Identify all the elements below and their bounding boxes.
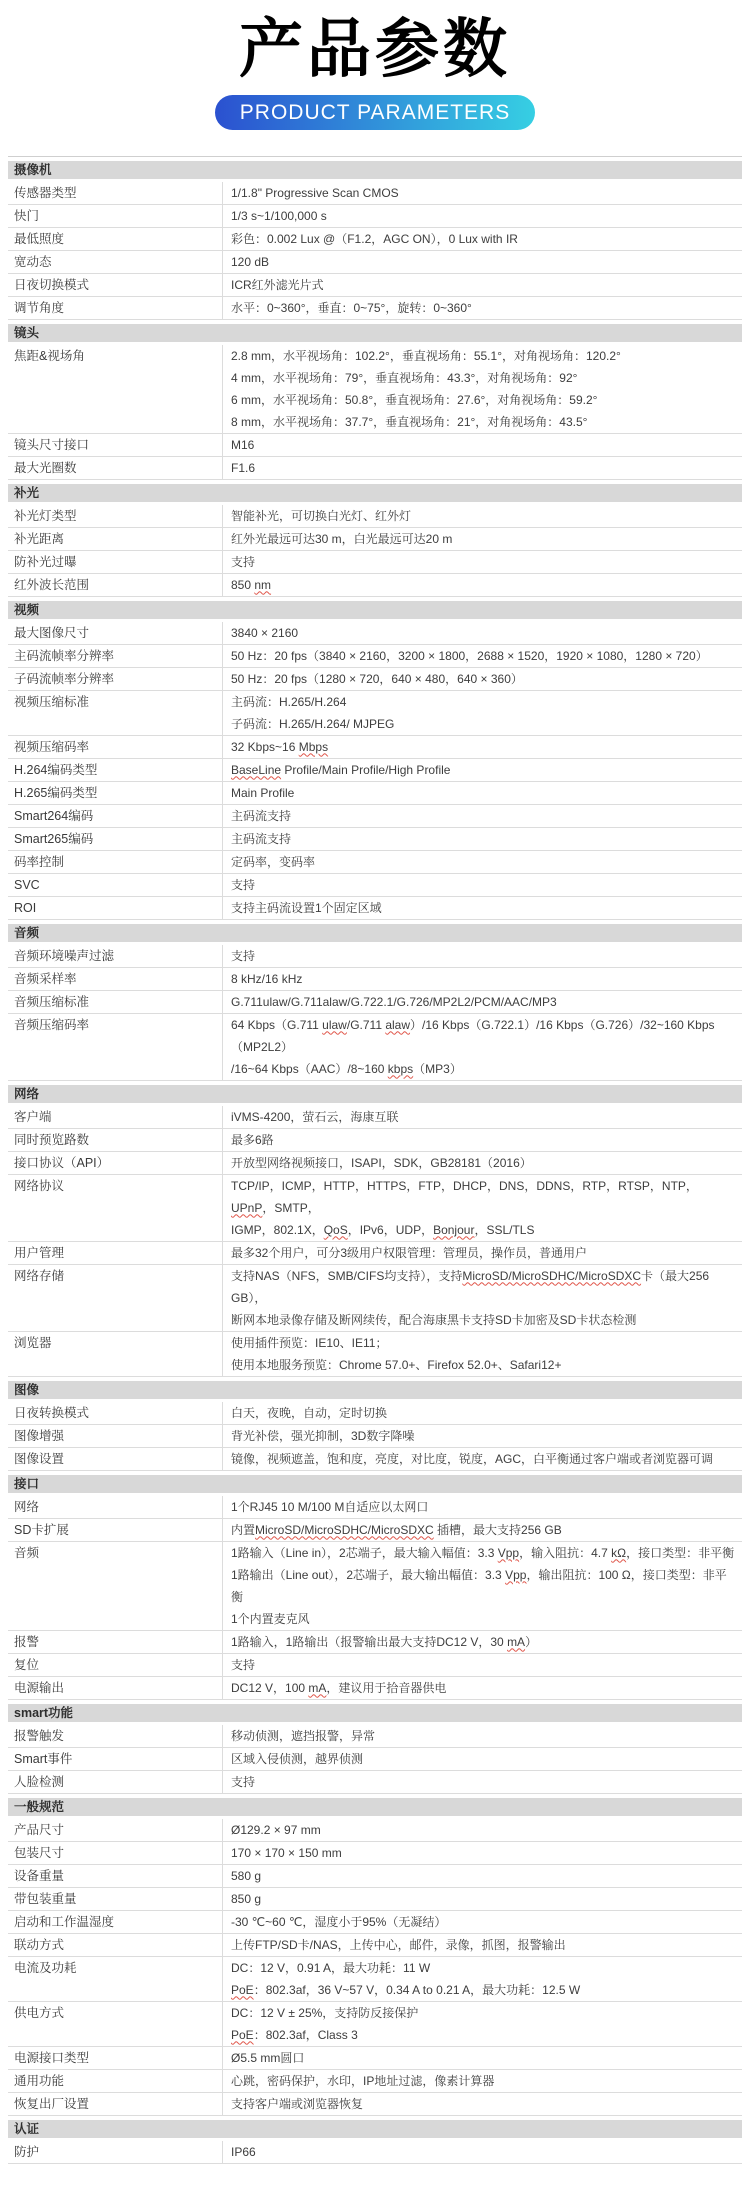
spec-value-line: 170 × 170 × 150 mm bbox=[231, 1842, 738, 1864]
spec-row-label: Smart265编码 bbox=[8, 828, 223, 850]
spec-value-line: 彩色：0.002 Lux @（F1.2，AGC ON），0 Lux with I… bbox=[231, 228, 738, 250]
spec-value-line: 120 dB bbox=[231, 251, 738, 273]
spec-value-line: 心跳，密码保护，水印，IP地址过滤，像素计算器 bbox=[231, 2070, 738, 2092]
spec-value-line: 支持NAS（NFS，SMB/CIFS均支持），支持MicroSD/MicroSD… bbox=[231, 1265, 738, 1309]
spec-value-line: BaseLine Profile/Main Profile/High Profi… bbox=[231, 759, 738, 781]
spec-row-value: 定码率，变码率 bbox=[223, 851, 742, 873]
spec-row-value: TCP/IP，ICMP，HTTP，HTTPS，FTP，DHCP，DNS，DDNS… bbox=[223, 1175, 742, 1241]
spec-value-line: 主码流：H.265/H.264 bbox=[231, 691, 738, 713]
spec-row-label: 报警 bbox=[8, 1631, 223, 1653]
spec-row-label: 电流及功耗 bbox=[8, 1957, 223, 2001]
spec-row-value: 1/3 s~1/100,000 s bbox=[223, 205, 742, 227]
spec-value-line: 支持客户端或浏览器恢复 bbox=[231, 2093, 738, 2115]
spec-row-label: 带包装重量 bbox=[8, 1888, 223, 1910]
spec-row-label: H.264编码类型 bbox=[8, 759, 223, 781]
spec-row-value: 智能补光，可切换白光灯、红外灯 bbox=[223, 505, 742, 527]
spec-value-line: 上传FTP/SD卡/NAS，上传中心，邮件，录像，抓图，报警输出 bbox=[231, 1934, 738, 1956]
spellcheck-word: MicroSD/MicroSDHC/MicroSDXC bbox=[462, 1269, 641, 1283]
spec-row-value: IP66 bbox=[223, 2141, 742, 2163]
spec-row-label: H.265编码类型 bbox=[8, 782, 223, 804]
spec-value-line: 1个RJ45 10 M/100 M自适应以太网口 bbox=[231, 1496, 738, 1518]
spec-row-value: -30 ℃~60 ℃，湿度小于95%（无凝结） bbox=[223, 1911, 742, 1933]
spec-row-value: 主码流支持 bbox=[223, 828, 742, 850]
spec-row-value: DC12 V，100 mA，建议用于拾音器供电 bbox=[223, 1677, 742, 1699]
spec-value-line: 支持 bbox=[231, 1771, 738, 1793]
spec-row-value: 内置MicroSD/MicroSDHC/MicroSDXC 插槽，最大支持256… bbox=[223, 1519, 742, 1541]
spec-row-label: 同时预览路数 bbox=[8, 1129, 223, 1151]
spec-row: 设备重量580 g bbox=[8, 1865, 742, 1888]
spec-row-label: 电源接口类型 bbox=[8, 2047, 223, 2069]
spec-row: 接口协议（API）开放型网络视频接口，ISAPI，SDK，GB28181（201… bbox=[8, 1152, 742, 1175]
spec-value-line: 水平：0~360°，垂直：0~75°，旋转：0~360° bbox=[231, 297, 738, 319]
spec-row: 防护IP66 bbox=[8, 2141, 742, 2164]
spec-row-label: 子码流帧率分辨率 bbox=[8, 668, 223, 690]
spec-value-line: 32 Kbps~16 Mbps bbox=[231, 736, 738, 758]
spec-value-line: -30 ℃~60 ℃，湿度小于95%（无凝结） bbox=[231, 1911, 738, 1933]
spec-row-label: 包装尺寸 bbox=[8, 1842, 223, 1864]
spec-row-label: 快门 bbox=[8, 205, 223, 227]
spec-row-value: 支持 bbox=[223, 1771, 742, 1793]
spec-row-label: 日夜切换模式 bbox=[8, 274, 223, 296]
spec-row: Smart264编码主码流支持 bbox=[8, 805, 742, 828]
spec-value-line: 850 nm bbox=[231, 574, 738, 596]
spec-row-label: 镜头尺寸接口 bbox=[8, 434, 223, 456]
spec-row: 浏览器使用插件预览：IE10、IE11；使用本地服务预览：Chrome 57.0… bbox=[8, 1332, 742, 1377]
spec-table: 摄像机传感器类型1/1.8" Progressive Scan CMOS快门1/… bbox=[8, 156, 742, 2164]
spec-value-line: 智能补光，可切换白光灯、红外灯 bbox=[231, 505, 738, 527]
spellcheck-word: alaw bbox=[385, 1018, 410, 1032]
spec-row-label: 图像增强 bbox=[8, 1425, 223, 1447]
spec-row-value: F1.6 bbox=[223, 457, 742, 479]
spec-row-value: 50 Hz：20 fps（3840 × 2160，3200 × 1800，268… bbox=[223, 645, 742, 667]
spec-value-line: F1.6 bbox=[231, 457, 738, 479]
spec-value-line: 1路输入，1路输出（报警输出最大支持DC12 V，30 mA） bbox=[231, 1631, 738, 1653]
spec-value-line: DC：12 V，0.91 A，最大功耗：11 W bbox=[231, 1957, 738, 1979]
spec-row-value: 850 g bbox=[223, 1888, 742, 1910]
spec-row: 传感器类型1/1.8" Progressive Scan CMOS bbox=[8, 182, 742, 205]
spec-row: 报警触发移动侦测，遮挡报警，异常 bbox=[8, 1725, 742, 1748]
spec-row-label: 音频压缩标准 bbox=[8, 991, 223, 1013]
subtitle-badge-wrap: PRODUCT PARAMETERS bbox=[0, 95, 750, 130]
spec-row: 报警1路输入，1路输出（报警输出最大支持DC12 V，30 mA） bbox=[8, 1631, 742, 1654]
spec-value-line: 区域入侵侦测，越界侦测 bbox=[231, 1748, 738, 1770]
spec-row: 码率控制定码率，变码率 bbox=[8, 851, 742, 874]
spec-row: 补光灯类型智能补光，可切换白光灯、红外灯 bbox=[8, 505, 742, 528]
spec-value-line: 3840 × 2160 bbox=[231, 622, 738, 644]
spellcheck-word: kbps bbox=[388, 1062, 413, 1076]
spec-value-line: DC12 V，100 mA，建议用于拾音器供电 bbox=[231, 1677, 738, 1699]
spec-row-label: 视频压缩标准 bbox=[8, 691, 223, 735]
spec-value-line: 支持主码流设置1个固定区域 bbox=[231, 897, 738, 919]
section-header: 认证 bbox=[8, 2120, 742, 2138]
spec-value-line: /16~64 Kbps（AAC）/8~160 kbps（MP3） bbox=[231, 1058, 738, 1080]
spec-row-label: 音频环境噪声过滤 bbox=[8, 945, 223, 967]
spec-value-line: 镜像，视频遮盖，饱和度，亮度，对比度，锐度，AGC，白平衡通过客户端或者浏览器可… bbox=[231, 1448, 738, 1470]
spec-row-value: 红外光最远可达30 m，白光最远可达20 m bbox=[223, 528, 742, 550]
spec-value-line: 1/1.8" Progressive Scan CMOS bbox=[231, 182, 738, 204]
spec-value-line: 4 mm，水平视场角：79°，垂直视场角：43.3°，对角视场角：92° bbox=[231, 367, 738, 389]
spellcheck-word: kΩ bbox=[611, 1546, 626, 1560]
spec-row-value: 支持主码流设置1个固定区域 bbox=[223, 897, 742, 919]
spec-row-value: 上传FTP/SD卡/NAS，上传中心，邮件，录像，抓图，报警输出 bbox=[223, 1934, 742, 1956]
spec-row: 电流及功耗DC：12 V，0.91 A，最大功耗：11 WPoE：802.3af… bbox=[8, 1957, 742, 2002]
spec-row-label: 调节角度 bbox=[8, 297, 223, 319]
spec-row: 补光距离红外光最远可达30 m，白光最远可达20 m bbox=[8, 528, 742, 551]
spec-row-label: 联动方式 bbox=[8, 1934, 223, 1956]
spec-value-line: 支持 bbox=[231, 945, 738, 967]
spec-row: 宽动态120 dB bbox=[8, 251, 742, 274]
spec-row-label: 复位 bbox=[8, 1654, 223, 1676]
spec-value-line: 50 Hz：20 fps（1280 × 720，640 × 480，640 × … bbox=[231, 668, 738, 690]
spec-row: 音频采样率8 kHz/16 kHz bbox=[8, 968, 742, 991]
spec-value-line: 内置MicroSD/MicroSDHC/MicroSDXC 插槽，最大支持256… bbox=[231, 1519, 738, 1541]
spec-row-label: 设备重量 bbox=[8, 1865, 223, 1887]
spec-value-line: 2.8 mm，水平视场角：102.2°，垂直视场角：55.1°，对角视场角：12… bbox=[231, 345, 738, 367]
spec-row: 网络1个RJ45 10 M/100 M自适应以太网口 bbox=[8, 1496, 742, 1519]
spellcheck-word: QoS bbox=[324, 1223, 348, 1237]
section-header: 一般规范 bbox=[8, 1798, 742, 1816]
spec-row: 联动方式上传FTP/SD卡/NAS，上传中心，邮件，录像，抓图，报警输出 bbox=[8, 1934, 742, 1957]
spec-row-label: 恢复出厂设置 bbox=[8, 2093, 223, 2115]
spec-value-line: DC：12 V ± 25%，支持防反接保护 bbox=[231, 2002, 738, 2024]
spec-row-value: Main Profile bbox=[223, 782, 742, 804]
spec-value-line: 50 Hz：20 fps（3840 × 2160，3200 × 1800，268… bbox=[231, 645, 738, 667]
spec-row-label: 图像设置 bbox=[8, 1448, 223, 1470]
spec-value-line: 定码率，变码率 bbox=[231, 851, 738, 873]
spec-row-value: 50 Hz：20 fps（1280 × 720，640 × 480，640 × … bbox=[223, 668, 742, 690]
spec-row-value: 1路输入，1路输出（报警输出最大支持DC12 V，30 mA） bbox=[223, 1631, 742, 1653]
spec-value-line: 子码流：H.265/H.264/ MJPEG bbox=[231, 713, 738, 735]
section-header: 补光 bbox=[8, 484, 742, 502]
spec-value-line: 主码流支持 bbox=[231, 805, 738, 827]
spec-value-line: Main Profile bbox=[231, 782, 738, 804]
spellcheck-word: mA bbox=[507, 1635, 525, 1649]
section-header: 镜头 bbox=[8, 324, 742, 342]
spec-value-line: 红外光最远可达30 m，白光最远可达20 m bbox=[231, 528, 738, 550]
spec-row-value: 8 kHz/16 kHz bbox=[223, 968, 742, 990]
spec-row-label: 通用功能 bbox=[8, 2070, 223, 2092]
spec-value-line: 主码流支持 bbox=[231, 828, 738, 850]
page-header: 产品参数 PRODUCT PARAMETERS bbox=[0, 0, 750, 130]
spec-row-value: DC：12 V ± 25%，支持防反接保护PoE：802.3af，Class 3 bbox=[223, 2002, 742, 2046]
spec-value-line: 支持 bbox=[231, 1654, 738, 1676]
spec-row: 通用功能心跳，密码保护，水印，IP地址过滤，像素计算器 bbox=[8, 2070, 742, 2093]
spec-row: 音频1路输入（Line in），2芯端子，最大输入幅值：3.3 Vpp，输入阻抗… bbox=[8, 1542, 742, 1631]
spec-row-label: Smart264编码 bbox=[8, 805, 223, 827]
spellcheck-word: BaseLine bbox=[231, 763, 281, 777]
spec-row-label: 供电方式 bbox=[8, 2002, 223, 2046]
spec-row-label: 音频压缩码率 bbox=[8, 1014, 223, 1080]
spec-row: 视频压缩码率32 Kbps~16 Mbps bbox=[8, 736, 742, 759]
spellcheck-word: Vpp bbox=[498, 1546, 519, 1560]
spec-row-value: 水平：0~360°，垂直：0~75°，旋转：0~360° bbox=[223, 297, 742, 319]
spec-row: ROI支持主码流设置1个固定区域 bbox=[8, 897, 742, 920]
spec-row-value: 580 g bbox=[223, 1865, 742, 1887]
spec-row-value: 心跳，密码保护，水印，IP地址过滤，像素计算器 bbox=[223, 2070, 742, 2092]
spec-row-label: 浏览器 bbox=[8, 1332, 223, 1376]
page-title: 产品参数 bbox=[0, 14, 750, 86]
spec-value-line: 1个内置麦克风 bbox=[231, 1608, 738, 1630]
spec-row: 带包装重量850 g bbox=[8, 1888, 742, 1911]
spec-row: Smart265编码主码流支持 bbox=[8, 828, 742, 851]
spec-value-line: 850 g bbox=[231, 1888, 738, 1910]
spec-row: 产品尺寸Ø129.2 × 97 mm bbox=[8, 1819, 742, 1842]
spec-row-value: 最多32个用户，可分3级用户权限管理：管理员，操作员，普通用户 bbox=[223, 1242, 742, 1264]
spec-row-value: BaseLine Profile/Main Profile/High Profi… bbox=[223, 759, 742, 781]
spec-row: 同时预览路数最多6路 bbox=[8, 1129, 742, 1152]
spec-row-value: 移动侦测，遮挡报警，异常 bbox=[223, 1725, 742, 1747]
spec-row-label: Smart事件 bbox=[8, 1748, 223, 1770]
spec-row-label: 补光距离 bbox=[8, 528, 223, 550]
spec-row-label: 红外波长范围 bbox=[8, 574, 223, 596]
spec-value-line: PoE：802.3af，36 V~57 V，0.34 A to 0.21 A，最… bbox=[231, 1979, 738, 2001]
spec-row-label: 最大图像尺寸 bbox=[8, 622, 223, 644]
spec-row-label: 传感器类型 bbox=[8, 182, 223, 204]
spec-value-line: 使用插件预览：IE10、IE11； bbox=[231, 1332, 738, 1354]
spec-row: 图像设置镜像，视频遮盖，饱和度，亮度，对比度，锐度，AGC，白平衡通过客户端或者… bbox=[8, 1448, 742, 1471]
spec-row-value: 120 dB bbox=[223, 251, 742, 273]
spec-row: 复位支持 bbox=[8, 1654, 742, 1677]
spec-row: H.265编码类型Main Profile bbox=[8, 782, 742, 805]
spec-row-label: 启动和工作温湿度 bbox=[8, 1911, 223, 1933]
spec-value-line: 1路输入（Line in），2芯端子，最大输入幅值：3.3 Vpp，输入阻抗：4… bbox=[231, 1542, 738, 1564]
spec-row-label: 音频 bbox=[8, 1542, 223, 1630]
spec-value-line: 1路输出（Line out），2芯端子，最大输出幅值：3.3 Vpp，输出阻抗：… bbox=[231, 1564, 738, 1608]
spellcheck-word: PoE bbox=[231, 2028, 254, 2042]
spec-row-value: ICR红外滤光片式 bbox=[223, 274, 742, 296]
spec-row-label: 接口协议（API） bbox=[8, 1152, 223, 1174]
spec-row: 网络协议TCP/IP，ICMP，HTTP，HTTPS，FTP，DHCP，DNS，… bbox=[8, 1175, 742, 1242]
spec-row: SVC支持 bbox=[8, 874, 742, 897]
spec-row-label: 补光灯类型 bbox=[8, 505, 223, 527]
spec-row-value: 支持NAS（NFS，SMB/CIFS均支持），支持MicroSD/MicroSD… bbox=[223, 1265, 742, 1331]
spec-row-value: 64 Kbps（G.711 ulaw/G.711 alaw）/16 Kbps（G… bbox=[223, 1014, 742, 1080]
spec-row-value: 2.8 mm，水平视场角：102.2°，垂直视场角：55.1°，对角视场角：12… bbox=[223, 345, 742, 433]
subtitle-badge: PRODUCT PARAMETERS bbox=[215, 95, 535, 130]
spec-row-value: iVMS-4200，萤石云，海康互联 bbox=[223, 1106, 742, 1128]
product-parameters-page: 产品参数 PRODUCT PARAMETERS 摄像机传感器类型1/1.8" P… bbox=[0, 0, 750, 2200]
spec-row: 启动和工作温湿度-30 ℃~60 ℃，湿度小于95%（无凝结） bbox=[8, 1911, 742, 1934]
spec-row-label: 网络存储 bbox=[8, 1265, 223, 1331]
spec-row-value: 使用插件预览：IE10、IE11；使用本地服务预览：Chrome 57.0+、F… bbox=[223, 1332, 742, 1376]
spec-value-line: 最多6路 bbox=[231, 1129, 738, 1151]
spec-row: 日夜转换模式白天，夜晚，自动，定时切换 bbox=[8, 1402, 742, 1425]
spec-row-label: 主码流帧率分辨率 bbox=[8, 645, 223, 667]
spec-row-value: 1/1.8" Progressive Scan CMOS bbox=[223, 182, 742, 204]
spec-value-line: iVMS-4200，萤石云，海康互联 bbox=[231, 1106, 738, 1128]
spec-row-label: 人脸检测 bbox=[8, 1771, 223, 1793]
spec-row: 包装尺寸170 × 170 × 150 mm bbox=[8, 1842, 742, 1865]
spec-value-line: 支持 bbox=[231, 551, 738, 573]
spec-row-value: 支持 bbox=[223, 1654, 742, 1676]
spec-row-label: 产品尺寸 bbox=[8, 1819, 223, 1841]
spec-row-value: 支持 bbox=[223, 551, 742, 573]
spec-row: SD卡扩展内置MicroSD/MicroSDHC/MicroSDXC 插槽，最大… bbox=[8, 1519, 742, 1542]
spec-row: 人脸检测支持 bbox=[8, 1771, 742, 1794]
spec-row-label: ROI bbox=[8, 897, 223, 919]
spec-row: 红外波长范围850 nm bbox=[8, 574, 742, 597]
spec-row-value: 镜像，视频遮盖，饱和度，亮度，对比度，锐度，AGC，白平衡通过客户端或者浏览器可… bbox=[223, 1448, 742, 1470]
spec-value-line: IGMP，802.1X，QoS，IPv6，UDP，Bonjour，SSL/TLS bbox=[231, 1219, 738, 1241]
spec-row-label: 宽动态 bbox=[8, 251, 223, 273]
spec-row-value: Ø129.2 × 97 mm bbox=[223, 1819, 742, 1841]
spec-value-line: 6 mm，水平视场角：50.8°，垂直视场角：27.6°，对角视场角：59.2° bbox=[231, 389, 738, 411]
spec-row-label: 客户端 bbox=[8, 1106, 223, 1128]
spec-row: 用户管理最多32个用户，可分3级用户权限管理：管理员，操作员，普通用户 bbox=[8, 1242, 742, 1265]
spec-value-line: 8 kHz/16 kHz bbox=[231, 968, 738, 990]
spec-row: 音频压缩码率64 Kbps（G.711 ulaw/G.711 alaw）/16 … bbox=[8, 1014, 742, 1081]
section-header: smart功能 bbox=[8, 1704, 742, 1722]
spec-row-value: 主码流：H.265/H.264子码流：H.265/H.264/ MJPEG bbox=[223, 691, 742, 735]
spec-value-line: Ø129.2 × 97 mm bbox=[231, 1819, 738, 1841]
spellcheck-word: ulaw bbox=[322, 1018, 347, 1032]
spec-row-value: 850 nm bbox=[223, 574, 742, 596]
spec-row: 视频压缩标准主码流：H.265/H.264子码流：H.265/H.264/ MJ… bbox=[8, 691, 742, 736]
section-header: 图像 bbox=[8, 1381, 742, 1399]
spec-row-label: 报警触发 bbox=[8, 1725, 223, 1747]
spec-value-line: 580 g bbox=[231, 1865, 738, 1887]
spec-row: 恢复出厂设置支持客户端或浏览器恢复 bbox=[8, 2093, 742, 2116]
spec-row: 网络存储支持NAS（NFS，SMB/CIFS均支持），支持MicroSD/Mic… bbox=[8, 1265, 742, 1332]
spec-row: 电源输出DC12 V，100 mA，建议用于拾音器供电 bbox=[8, 1677, 742, 1700]
spec-row: Smart事件区域入侵侦测，越界侦测 bbox=[8, 1748, 742, 1771]
spec-row: 客户端iVMS-4200，萤石云，海康互联 bbox=[8, 1106, 742, 1129]
spec-row-label: 用户管理 bbox=[8, 1242, 223, 1264]
spec-row-label: 码率控制 bbox=[8, 851, 223, 873]
spec-value-line: G.711ulaw/G.711alaw/G.722.1/G.726/MP2L2/… bbox=[231, 991, 738, 1013]
spec-value-line: 白天，夜晚，自动，定时切换 bbox=[231, 1402, 738, 1424]
spec-row-label: 焦距&视场角 bbox=[8, 345, 223, 433]
spellcheck-word: Bonjour bbox=[433, 1223, 474, 1237]
spec-row-value: 支持 bbox=[223, 874, 742, 896]
section-header: 网络 bbox=[8, 1085, 742, 1103]
spec-row-value: 开放型网络视频接口，ISAPI，SDK，GB28181（2016） bbox=[223, 1152, 742, 1174]
spec-value-line: 移动侦测，遮挡报警，异常 bbox=[231, 1725, 738, 1747]
spec-row-label: 电源输出 bbox=[8, 1677, 223, 1699]
spec-row-value: 3840 × 2160 bbox=[223, 622, 742, 644]
spec-row-label: 网络 bbox=[8, 1496, 223, 1518]
spec-row-value: 白天，夜晚，自动，定时切换 bbox=[223, 1402, 742, 1424]
spec-row-value: 170 × 170 × 150 mm bbox=[223, 1842, 742, 1864]
spec-value-line: 64 Kbps（G.711 ulaw/G.711 alaw）/16 Kbps（G… bbox=[231, 1014, 738, 1058]
section-header: 音频 bbox=[8, 924, 742, 942]
spec-row-label: 视频压缩码率 bbox=[8, 736, 223, 758]
section-header: 视频 bbox=[8, 601, 742, 619]
spec-row-value: DC：12 V，0.91 A，最大功耗：11 WPoE：802.3af，36 V… bbox=[223, 1957, 742, 2001]
spellcheck-word: PoE bbox=[231, 1983, 254, 1997]
spellcheck-word: MicroSD/MicroSDHC/MicroSDXC bbox=[255, 1523, 434, 1537]
spec-row: 图像增强背光补偿，强光抑制，3D数字降噪 bbox=[8, 1425, 742, 1448]
section-header: 摄像机 bbox=[8, 161, 742, 179]
spec-row-value: 彩色：0.002 Lux @（F1.2，AGC ON），0 Lux with I… bbox=[223, 228, 742, 250]
spec-row-value: Ø5.5 mm圆口 bbox=[223, 2047, 742, 2069]
spec-row-label: 防护 bbox=[8, 2141, 223, 2163]
spec-value-line: 8 mm，水平视场角：37.7°，垂直视场角：21°，对角视场角：43.5° bbox=[231, 411, 738, 433]
spec-value-line: Ø5.5 mm圆口 bbox=[231, 2047, 738, 2069]
spec-value-line: M16 bbox=[231, 434, 738, 456]
spec-row-value: 支持客户端或浏览器恢复 bbox=[223, 2093, 742, 2115]
spellcheck-word: UPnP bbox=[231, 1201, 262, 1215]
spec-row-value: 1路输入（Line in），2芯端子，最大输入幅值：3.3 Vpp，输入阻抗：4… bbox=[223, 1542, 742, 1630]
spec-row: 调节角度水平：0~360°，垂直：0~75°，旋转：0~360° bbox=[8, 297, 742, 320]
spec-value-line: 开放型网络视频接口，ISAPI，SDK，GB28181（2016） bbox=[231, 1152, 738, 1174]
spec-row-label: 音频采样率 bbox=[8, 968, 223, 990]
spec-row-value: 最多6路 bbox=[223, 1129, 742, 1151]
spellcheck-word: Mbps bbox=[299, 740, 328, 754]
spec-value-line: 最多32个用户，可分3级用户权限管理：管理员，操作员，普通用户 bbox=[231, 1242, 738, 1264]
spec-row-label: 最大光圈数 bbox=[8, 457, 223, 479]
spec-value-line: IP66 bbox=[231, 2141, 738, 2163]
spec-row-value: M16 bbox=[223, 434, 742, 456]
spec-row: 供电方式DC：12 V ± 25%，支持防反接保护PoE：802.3af，Cla… bbox=[8, 2002, 742, 2047]
spec-row-label: 网络协议 bbox=[8, 1175, 223, 1241]
spec-row: H.264编码类型BaseLine Profile/Main Profile/H… bbox=[8, 759, 742, 782]
spec-value-line: 断网本地录像存储及断网续传，配合海康黑卡支持SD卡加密及SD卡状态检测 bbox=[231, 1309, 738, 1331]
spec-row: 最大光圈数F1.6 bbox=[8, 457, 742, 480]
spec-row-label: 日夜转换模式 bbox=[8, 1402, 223, 1424]
spec-row: 音频环境噪声过滤支持 bbox=[8, 945, 742, 968]
spec-row: 防补光过曝支持 bbox=[8, 551, 742, 574]
spec-row-value: 32 Kbps~16 Mbps bbox=[223, 736, 742, 758]
spec-row: 日夜切换模式ICR红外滤光片式 bbox=[8, 274, 742, 297]
spec-row-value: 支持 bbox=[223, 945, 742, 967]
spec-row: 电源接口类型Ø5.5 mm圆口 bbox=[8, 2047, 742, 2070]
spec-row: 主码流帧率分辨率50 Hz：20 fps（3840 × 2160，3200 × … bbox=[8, 645, 742, 668]
spellcheck-word: nm bbox=[254, 578, 271, 592]
spec-row-value: 背光补偿，强光抑制，3D数字降噪 bbox=[223, 1425, 742, 1447]
spec-value-line: PoE：802.3af，Class 3 bbox=[231, 2024, 738, 2046]
spec-row: 音频压缩标准G.711ulaw/G.711alaw/G.722.1/G.726/… bbox=[8, 991, 742, 1014]
spec-value-line: 支持 bbox=[231, 874, 738, 896]
spec-row-value: G.711ulaw/G.711alaw/G.722.1/G.726/MP2L2/… bbox=[223, 991, 742, 1013]
spec-row: 最大图像尺寸3840 × 2160 bbox=[8, 622, 742, 645]
spec-row: 最低照度彩色：0.002 Lux @（F1.2，AGC ON），0 Lux wi… bbox=[8, 228, 742, 251]
spec-row: 焦距&视场角2.8 mm，水平视场角：102.2°，垂直视场角：55.1°，对角… bbox=[8, 345, 742, 434]
spec-row-label: 最低照度 bbox=[8, 228, 223, 250]
spec-value-line: 背光补偿，强光抑制，3D数字降噪 bbox=[231, 1425, 738, 1447]
spec-row-label: SVC bbox=[8, 874, 223, 896]
spec-row: 镜头尺寸接口M16 bbox=[8, 434, 742, 457]
spec-value-line: ICR红外滤光片式 bbox=[231, 274, 738, 296]
spec-row: 快门1/3 s~1/100,000 s bbox=[8, 205, 742, 228]
spec-row: 子码流帧率分辨率50 Hz：20 fps（1280 × 720，640 × 48… bbox=[8, 668, 742, 691]
spec-row-value: 主码流支持 bbox=[223, 805, 742, 827]
spec-row-value: 1个RJ45 10 M/100 M自适应以太网口 bbox=[223, 1496, 742, 1518]
spec-row-label: 防补光过曝 bbox=[8, 551, 223, 573]
spellcheck-word: mA bbox=[308, 1681, 326, 1695]
spellcheck-word: Vpp bbox=[505, 1568, 526, 1582]
spec-value-line: TCP/IP，ICMP，HTTP，HTTPS，FTP，DHCP，DNS，DDNS… bbox=[231, 1175, 738, 1219]
spec-row-value: 区域入侵侦测，越界侦测 bbox=[223, 1748, 742, 1770]
spec-row-label: SD卡扩展 bbox=[8, 1519, 223, 1541]
spec-value-line: 1/3 s~1/100,000 s bbox=[231, 205, 738, 227]
section-header: 接口 bbox=[8, 1475, 742, 1493]
spec-value-line: 使用本地服务预览：Chrome 57.0+、Firefox 52.0+、Safa… bbox=[231, 1354, 738, 1376]
